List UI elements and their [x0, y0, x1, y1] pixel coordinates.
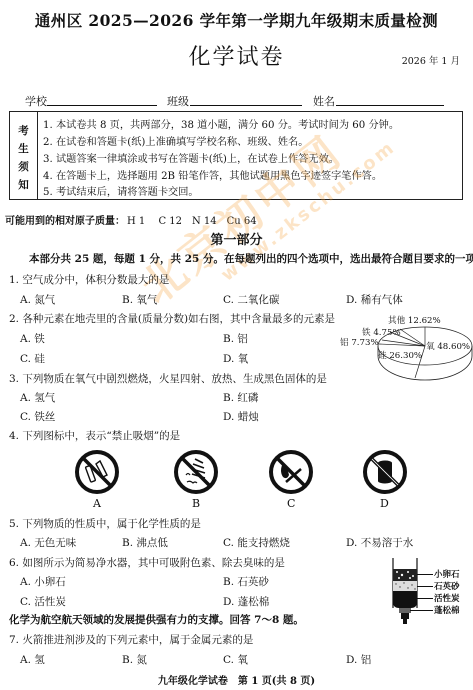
filter-label-activated-carbon: 活性炭: [434, 592, 460, 604]
question-6-option-a[interactable]: A. 小卵石: [20, 574, 66, 589]
pie-label-aluminum: 铝 7.73%: [340, 336, 379, 348]
sign-letter-d: D: [380, 497, 389, 510]
question-2-option-d[interactable]: D. 氧: [223, 351, 248, 366]
question-5-stem: 5. 下列物质的性质中，属于化学性质的是: [9, 516, 201, 531]
school-label: 学校: [25, 93, 47, 109]
question-3-option-b[interactable]: B. 红磷: [223, 390, 258, 405]
question-3-option-c[interactable]: C. 铁丝: [20, 409, 55, 424]
sign-option-b[interactable]: [173, 449, 219, 495]
question-2-stem: 2. 各种元素在地壳里的含量(质量分数)如右图，其中含量最多的元素是: [9, 311, 335, 326]
notice-item: 2. 在试卷和答题卡(纸)上准确填写学校名称、班级、姓名。: [43, 133, 308, 148]
class-field[interactable]: [190, 105, 302, 106]
question-7-option-c[interactable]: C. 氧: [223, 652, 248, 667]
no-flammable-storage-icon: [362, 449, 408, 495]
atomic-masses-label: 可能用到的相对原子质量：: [5, 216, 125, 227]
passage-7-8: 化学为航空航天领域的发展提供强有力的支撑。回答 7～8 题。: [9, 612, 304, 627]
question-3-option-a[interactable]: A. 氢气: [20, 390, 55, 405]
notice-item: 3. 试题答案一律填涂或书写在答题卡(纸)上，在试卷上作答无效。: [43, 150, 339, 165]
no-smoking-icon: [74, 449, 120, 495]
sign-letter-a: A: [93, 497, 101, 510]
question-7-option-b[interactable]: B. 氮: [122, 652, 147, 667]
question-1-option-a[interactable]: A. 氮气: [20, 292, 55, 307]
question-7-stem: 7. 火箭推进剂涉及的下列元素中，属于金属元素的是: [9, 632, 253, 647]
question-5-option-a[interactable]: A. 无色无味: [20, 535, 76, 550]
notice-label-column: 考 生 须 知: [10, 112, 38, 199]
filter-label-pebbles: 小卵石: [434, 568, 460, 580]
examinee-notice-box: 考 生 须 知 1. 本试卷共 8 页，共两部分，38 道小题，满分 60 分。…: [9, 111, 463, 200]
school-field[interactable]: [47, 105, 157, 106]
name-field[interactable]: [336, 105, 444, 106]
notice-label-char: 须: [10, 159, 37, 174]
notice-label-char: 生: [10, 141, 37, 156]
question-6-option-d[interactable]: D. 蓬松棉: [223, 594, 269, 609]
sign-letter-c: C: [287, 497, 295, 510]
sign-option-a[interactable]: [74, 449, 120, 495]
question-2-option-c[interactable]: C. 硅: [20, 351, 45, 366]
notice-item: 4. 在答题卡上，选择题用 2B 铅笔作答，其他试题用黑色字迹签字笔作答。: [43, 167, 382, 182]
no-open-flame-icon: [268, 449, 314, 495]
sign-option-d[interactable]: [362, 449, 408, 495]
question-3-option-d[interactable]: D. 蜡烛: [223, 409, 259, 424]
sign-letter-b: B: [192, 497, 200, 510]
page-footer: 九年级化学试卷 第 1 页(共 8 页): [0, 672, 473, 687]
filter-label-cotton: 蓬松棉: [434, 604, 460, 616]
water-filter-figure: 小卵石 石英砂 活性炭 蓬松棉: [390, 558, 473, 630]
pie-label-other: 其他 12.62%: [388, 314, 441, 326]
part-title: 第一部分: [0, 229, 473, 248]
notice-item: 1. 本试卷共 8 页，共两部分，38 道小题，满分 60 分。考试时间为 60…: [43, 116, 399, 131]
question-7-option-a[interactable]: A. 氢: [20, 652, 45, 667]
notice-label-char: 考: [10, 123, 37, 138]
question-6-option-b[interactable]: B. 石英砂: [223, 574, 269, 589]
notice-item: 5. 考试结束后，请将答题卡交回。: [43, 183, 199, 198]
question-3-stem: 3. 下列物质在氧气中剧烈燃烧，火星四射、放热、生成黑色固体的是: [9, 371, 327, 386]
filter-label-quartz-sand: 石英砂: [434, 580, 460, 592]
question-2-option-b[interactable]: B. 铝: [223, 331, 248, 346]
part-intro: 本部分共 25 题，每题 1 分，共 25 分。在每题列出的四个选项中，选出最符…: [29, 251, 473, 266]
sign-option-c[interactable]: [268, 449, 314, 495]
no-fireworks-icon: [173, 449, 219, 495]
class-label: 班级: [167, 93, 189, 109]
pie-label-oxygen: 氧 48.60%: [426, 340, 470, 352]
exam-header: 通州区 2025—2026 学年第一学期九年级期末质量检测: [0, 9, 473, 31]
question-2-option-a[interactable]: A. 铁: [20, 331, 45, 346]
exam-date: 2026 年 1 月: [402, 53, 460, 67]
question-5-option-c[interactable]: C. 能支持燃烧: [223, 535, 290, 550]
question-1-option-d[interactable]: D. 稀有气体: [346, 292, 403, 307]
name-label: 姓名: [313, 93, 335, 109]
atomic-masses-values: H 1 C 12 N 14 Cu 64: [127, 216, 257, 227]
crust-element-pie-figure: 其他 12.62% 铁 4.75% 铝 7.73% 硅 26.30% 氧 48.…: [370, 316, 473, 386]
question-1-option-b[interactable]: B. 氧气: [122, 292, 157, 307]
question-1-stem: 1. 空气成分中，体积分数最大的是: [9, 272, 169, 287]
question-5-option-d[interactable]: D. 不易溶于水: [346, 535, 413, 550]
question-6-stem: 6. 如图所示为简易净水器，其中可吸附色素、除去臭味的是: [9, 555, 285, 570]
question-4-stem: 4. 下列图标中，表示“禁止吸烟”的是: [9, 428, 180, 443]
question-5-option-b[interactable]: B. 沸点低: [122, 535, 168, 550]
question-6-option-c[interactable]: C. 活性炭: [20, 594, 66, 609]
notice-label-char: 知: [10, 177, 37, 192]
water-filter-icon: [390, 558, 430, 630]
question-1-option-c[interactable]: C. 二氧化碳: [223, 292, 279, 307]
question-7-option-d[interactable]: D. 铝: [346, 652, 371, 667]
pie-label-silicon: 硅 26.30%: [378, 349, 422, 361]
atomic-masses: 可能用到的相对原子质量：H 1 C 12 N 14 Cu 64: [5, 212, 257, 227]
